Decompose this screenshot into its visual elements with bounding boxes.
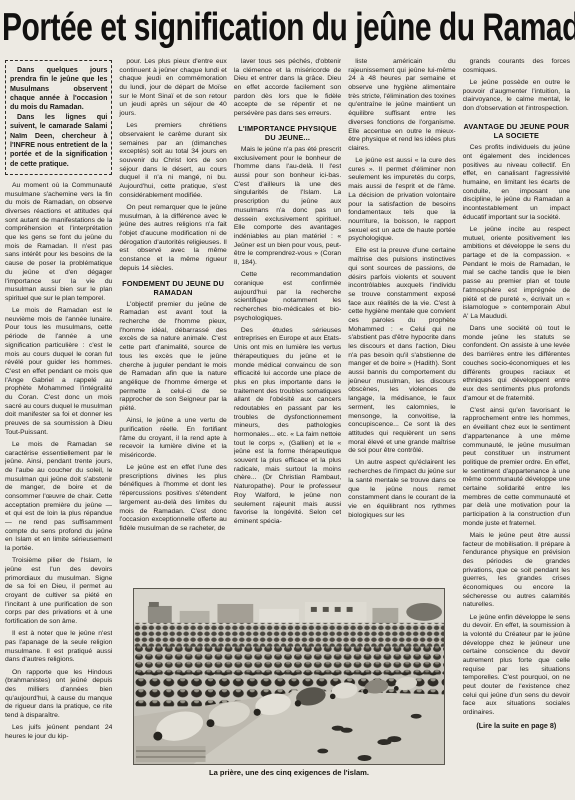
paragraph: Elle est la preuve d'une certaine maîtri…	[348, 247, 455, 456]
paragraph: Cette recommandation coranique est confi…	[234, 271, 341, 323]
continuation-note: (Lire la suite en page 8)	[463, 721, 570, 730]
paragraph: Les premiers chrétiens observaient le ca…	[119, 122, 226, 200]
paragraph: Le jeûne incite au respect mutuel, orien…	[463, 226, 570, 322]
column-5: grands courants des forces cosmiques. Le…	[463, 58, 570, 794]
paragraph: Ainsi, le jeûne a une vertu de purificat…	[119, 417, 226, 460]
paragraph: liste américain du rajeunissement qui je…	[348, 58, 455, 154]
paragraph: grands courants des forces cosmiques.	[463, 58, 570, 75]
paragraph: Le jeûne possède en outre le pouvoir d'a…	[463, 79, 570, 114]
newspaper-page: { "page": { "title": "Portée et signific…	[0, 0, 575, 800]
paragraph: Le mois de Ramadan se caractérise essent…	[5, 441, 112, 554]
section-heading-avantage-societe: AVANTAGE DU JEUNE POUR LA SOCIETE	[463, 122, 570, 140]
paragraph: Il est à noter que le jeûne n'est pas l'…	[5, 630, 112, 665]
column-2: pour. Les plus pieux d'entre eux continu…	[119, 58, 226, 586]
paragraph: Mais le jeûne peut être aussi facteur de…	[463, 532, 570, 610]
paragraph: On peut remarquer que le jeûne musulman,…	[119, 204, 226, 274]
paragraph: Dans une société où tout le monde jeûne …	[463, 325, 570, 403]
paragraph: Le jeûne enfin développe le sens du devo…	[463, 614, 570, 718]
section-heading-fondement: FONDEMENT DU JEUNE DU RAMADAN	[119, 279, 226, 297]
column-1: Dans quelques jours prendra fin le jeûne…	[5, 58, 112, 794]
article-title: Portée et signification du jeûne du Rama…	[2, 6, 573, 50]
column-3: laver tous ses péchés, d'obtenir la clém…	[234, 58, 341, 586]
prayer-photo	[133, 588, 445, 765]
column-4: liste américain du rajeunissement qui je…	[348, 58, 455, 586]
paragraph: Un autre aspect qu'éclairent les recherc…	[348, 459, 455, 520]
paragraph: Le mois de Ramadan est le neuvième mois …	[5, 307, 112, 437]
prayer-crowd-illustration	[134, 589, 444, 764]
prayer-photo-block: La prière, une des cinq exigences de l'i…	[133, 588, 445, 777]
intro-paragraph: Dans les lignes qui suivent, le camarade…	[10, 113, 107, 169]
paragraph: Le jeûne est en effet l'une des prescrip…	[119, 464, 226, 534]
paragraph: Troisième pilier de l'Islam, le jeûne es…	[5, 557, 112, 627]
paragraph: Les juifs jeûnent pendant 24 heures le j…	[5, 724, 112, 741]
intro-box: Dans quelques jours prendra fin le jeûne…	[5, 60, 112, 175]
intro-paragraph: Dans quelques jours prendra fin le jeûne…	[10, 66, 107, 113]
paragraph: Au moment où la Communauté musulmane s'a…	[5, 182, 112, 304]
paragraph: L'objectif premier du jeûne de Ramadan e…	[119, 301, 226, 414]
paragraph: Mais le jeûne n'a pas été prescrit exclu…	[234, 146, 341, 268]
paragraph: On rapporte que les Hindous (brahmaniste…	[5, 669, 112, 721]
section-heading-importance-physique: L'IMPORTANCE PHYSIQUE DU JEUNE...	[234, 124, 341, 142]
paragraph: C'est ainsi qu'en favorisant le rapproch…	[463, 407, 570, 529]
paragraph: laver tous ses péchés, d'obtenir la clém…	[234, 58, 341, 119]
paragraph: Des études sérieuses entreprises en Euro…	[234, 327, 341, 527]
photo-caption: La prière, une des cinq exigences de l'i…	[133, 768, 445, 777]
paragraph: Le jeûne est aussi « la cure des cures »…	[348, 157, 455, 244]
paragraph: pour. Les plus pieux d'entre eux continu…	[119, 58, 226, 119]
paragraph: Ces profits individuels du jeûne ont éga…	[463, 144, 570, 222]
